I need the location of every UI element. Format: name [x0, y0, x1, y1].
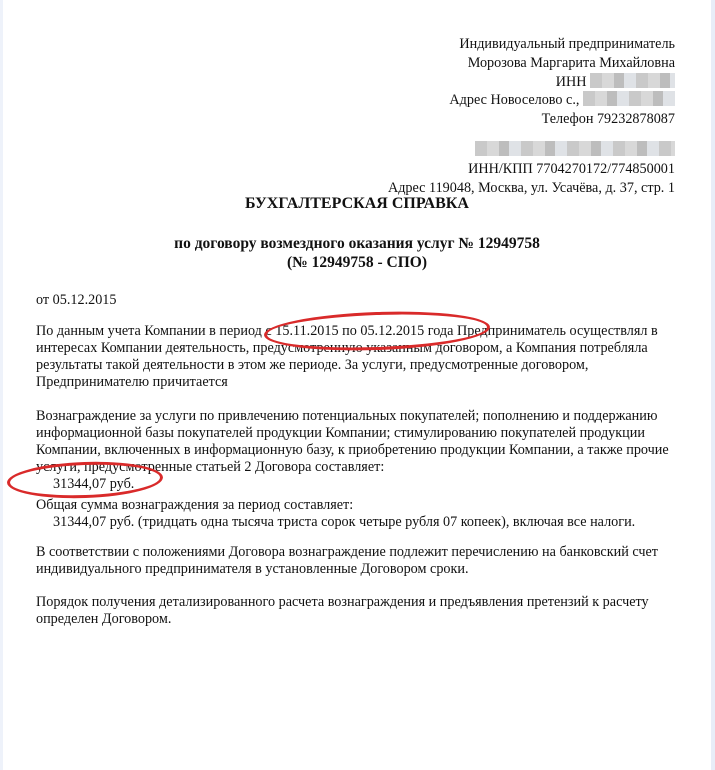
redacted-block [590, 73, 675, 88]
paragraph-payment: В соответствии с положениями Договора во… [36, 544, 696, 578]
entrepreneur-phone: Телефон 79232878087 [388, 110, 675, 129]
paragraph-period: По данным учета Компании в период с 15.1… [36, 323, 696, 391]
viewer-edge [711, 0, 715, 770]
paragraph-claims: Порядок получения детализированного расч… [36, 594, 696, 628]
document-date: от 05.12.2015 [36, 292, 696, 309]
document-title: БУХГАЛТЕРСКАЯ СПРАВКА [3, 195, 711, 213]
total-label: Общая сумма вознаграждения за период сос… [36, 497, 696, 514]
company-inn-kpp: ИНН/КПП 7704270172/774850001 [388, 160, 675, 179]
sender-recipient-header: Индивидуальный предприниматель Морозова … [388, 35, 675, 197]
total-amount: 31344,07 руб. (тридцать одна тысяча трис… [36, 514, 696, 531]
entrepreneur-name: Морозова Маргарита Михайловна [388, 54, 675, 73]
document-subtitle: по договору возмездного оказания услуг №… [3, 234, 711, 272]
entrepreneur-inn: ИНН [388, 73, 675, 92]
entrepreneur-address: Адрес Новоселово с., [388, 91, 675, 110]
paragraph-reward: Вознаграждение за услуги по привлечению … [36, 408, 696, 531]
document-page: Индивидуальный предприниматель Морозова … [3, 0, 711, 770]
company-name-redacted [388, 141, 675, 160]
entrepreneur-title: Индивидуальный предприниматель [388, 35, 675, 54]
reward-amount: 31344,07 руб. [36, 476, 696, 493]
redacted-block [475, 141, 675, 156]
redacted-block [583, 91, 675, 106]
